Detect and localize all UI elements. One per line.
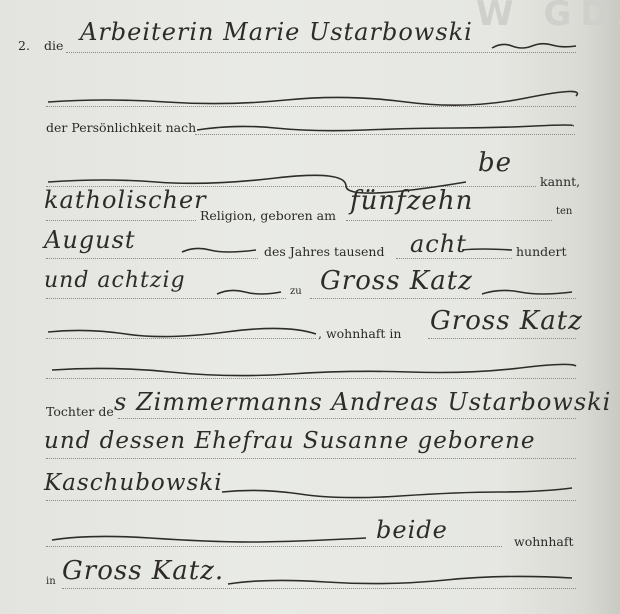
handwritten-day: fünfzehn bbox=[350, 186, 473, 216]
handwritten-father: s Zimmermanns Andreas Ustarbowski bbox=[114, 388, 611, 416]
dotted-line bbox=[62, 588, 576, 589]
label-personality: der Persönlichkeit nach bbox=[46, 120, 196, 135]
dotted-line bbox=[46, 220, 196, 221]
dotted-line bbox=[346, 220, 552, 221]
label-ten: ten bbox=[556, 206, 572, 217]
label-residing: wohnhaft bbox=[514, 534, 573, 549]
handwritten-birthplace: Gross Katz bbox=[320, 266, 473, 296]
dotted-line bbox=[46, 458, 576, 459]
fill-stroke bbox=[490, 40, 580, 52]
fill-stroke bbox=[195, 120, 577, 136]
entry-number: 2. bbox=[18, 38, 30, 53]
handwritten-be: be bbox=[478, 148, 512, 178]
handwritten-parents-residence: Gross Katz. bbox=[62, 556, 224, 586]
fill-stroke bbox=[50, 530, 370, 548]
label-daughter-of: Tochter de bbox=[46, 404, 114, 419]
label-year-prefix: des Jahres tausend bbox=[264, 244, 384, 259]
dotted-line bbox=[396, 258, 512, 259]
fill-stroke bbox=[226, 574, 576, 588]
handwritten-month: August bbox=[44, 226, 136, 254]
handwritten-century: acht bbox=[410, 230, 467, 258]
label-residing-in: , wohnhaft in bbox=[318, 326, 401, 341]
dotted-line bbox=[66, 52, 576, 53]
label-in: in bbox=[46, 576, 56, 587]
dotted-line bbox=[118, 418, 576, 419]
dotted-line bbox=[310, 298, 576, 299]
document-page: W GDAN 2. die Arbeiterin Marie Ustarbows… bbox=[0, 0, 620, 614]
fill-stroke bbox=[50, 362, 580, 380]
label-at: zu bbox=[290, 286, 302, 297]
handwritten-mother-maiden: Kaschubowski bbox=[44, 470, 223, 496]
dotted-line bbox=[46, 258, 258, 259]
fill-stroke bbox=[46, 326, 318, 340]
fill-stroke bbox=[46, 92, 578, 108]
handwritten-religion: katholischer bbox=[44, 186, 207, 214]
entry-article: die bbox=[44, 38, 63, 53]
handwritten-mother: und dessen Ehefrau Susanne geborene bbox=[44, 428, 535, 454]
fill-stroke bbox=[480, 286, 576, 298]
label-known: kannt, bbox=[540, 174, 580, 189]
archive-watermark: W GDAN bbox=[476, 0, 620, 34]
handwritten-both: beide bbox=[376, 516, 448, 544]
fill-stroke bbox=[215, 286, 285, 298]
handwritten-year-tail: und achtzig bbox=[44, 268, 186, 293]
dotted-line bbox=[46, 298, 286, 299]
fill-stroke bbox=[460, 244, 514, 256]
label-religion-born: Religion, geboren am bbox=[200, 208, 336, 223]
label-hundred: hundert bbox=[516, 244, 567, 259]
handwritten-residence: Gross Katz bbox=[430, 306, 583, 336]
handwritten-occupation-name: Arbeiterin Marie Ustarbowski bbox=[80, 18, 473, 46]
dotted-line bbox=[428, 338, 576, 339]
fill-stroke bbox=[180, 244, 260, 256]
fill-stroke bbox=[220, 484, 576, 502]
